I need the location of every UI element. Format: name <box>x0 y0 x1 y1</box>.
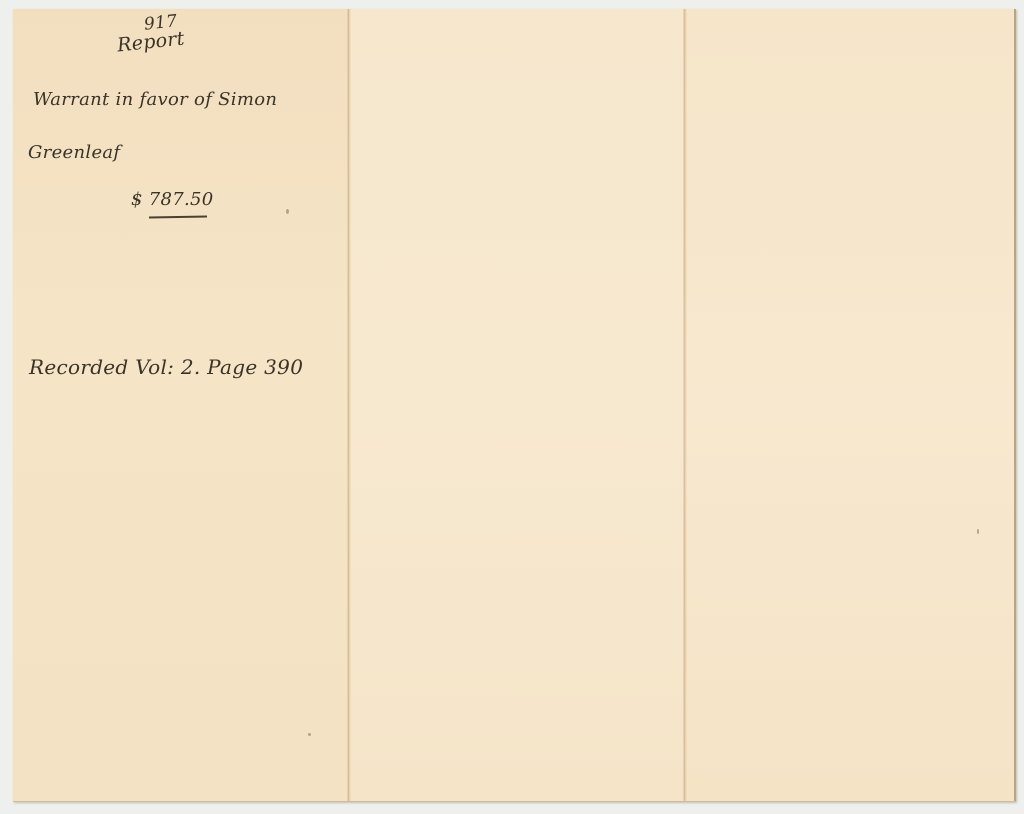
right-panel <box>685 9 1016 802</box>
paper-speck <box>977 529 979 534</box>
warrant-amount: $ 787.50 <box>131 189 214 210</box>
amount-underline <box>149 215 207 218</box>
recorded-note: Recorded Vol: 2. Page 390 <box>29 355 303 379</box>
paper-speck <box>308 733 311 736</box>
middle-panel <box>349 9 685 802</box>
paper-speck <box>286 209 289 214</box>
document-paper: 917 Report Warrant in favor of Simon Gre… <box>13 9 1016 802</box>
warrant-description-line1: Warrant in favor of Simon <box>33 89 277 110</box>
paper-edge-right <box>1014 9 1016 802</box>
left-panel: 917 Report Warrant in favor of Simon Gre… <box>13 9 349 802</box>
fold-line-2 <box>683 9 687 802</box>
docket-title: Report <box>116 28 186 57</box>
fold-line-1 <box>347 9 351 802</box>
paper-edge-bottom <box>13 801 1016 802</box>
warrant-description-line2: Greenleaf <box>28 142 120 163</box>
